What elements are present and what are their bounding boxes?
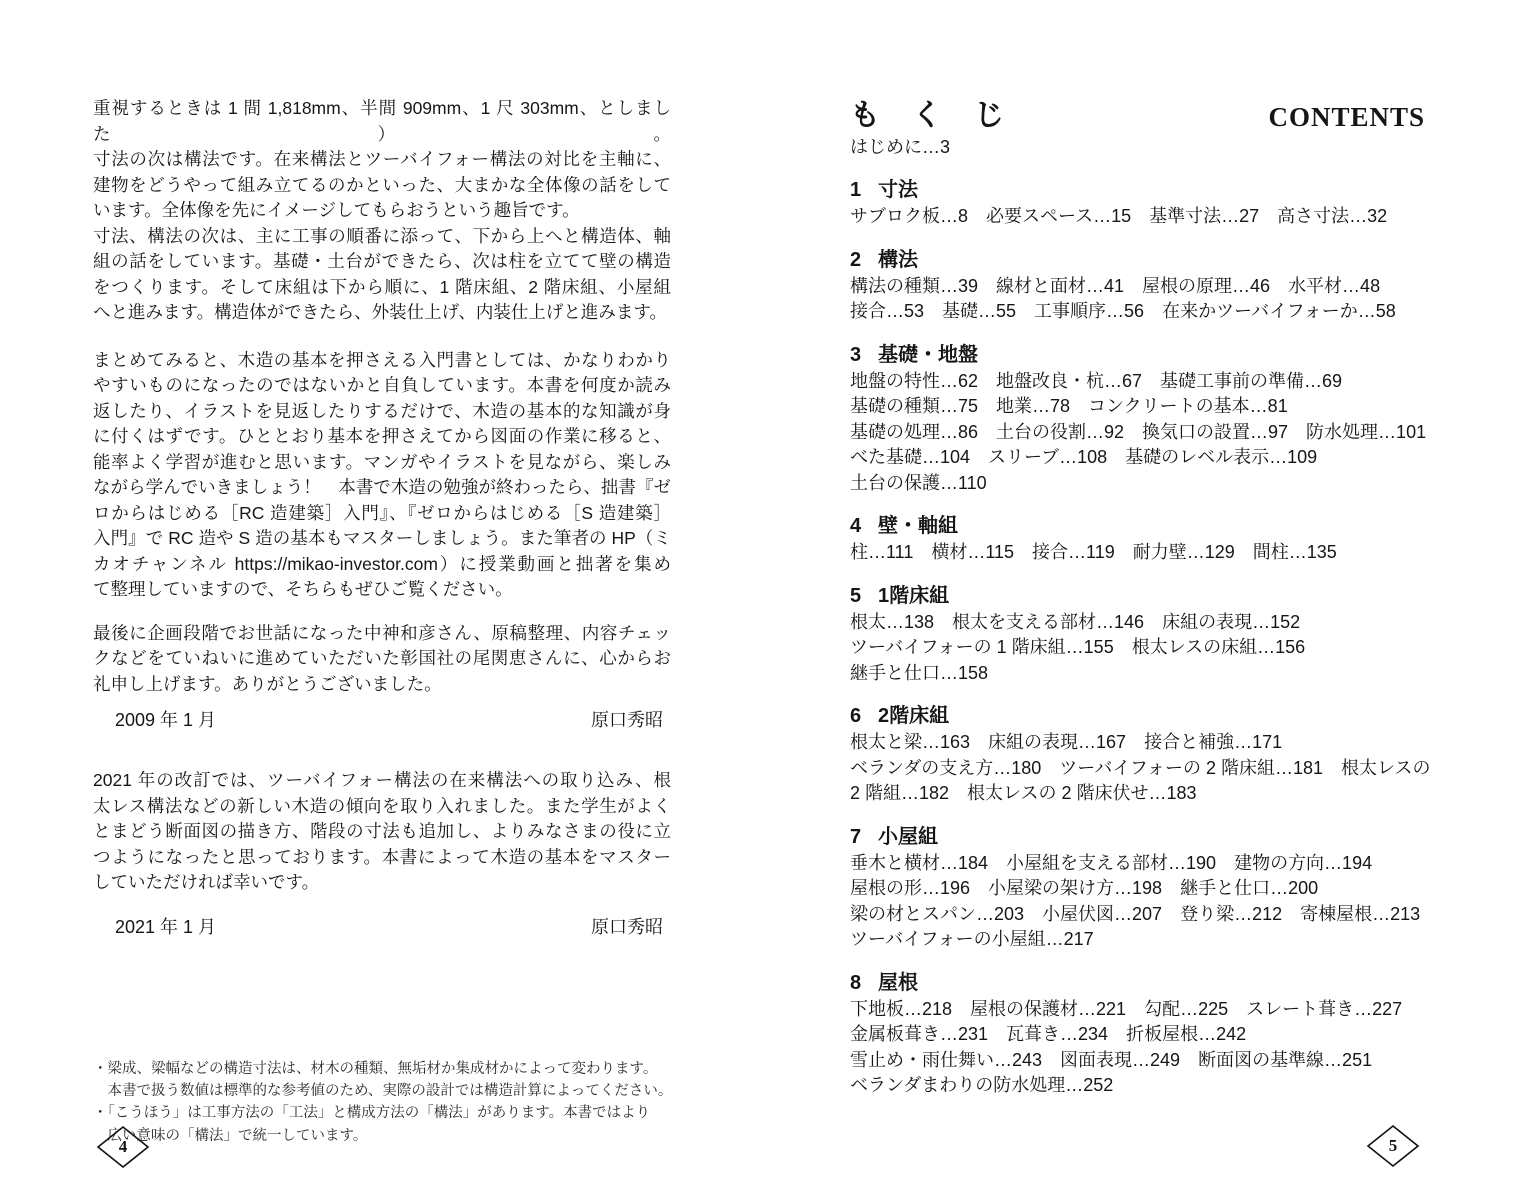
toc-section-heading: 62階床組 xyxy=(850,702,1425,730)
toc-entry-line: 基礎の処理…86 土台の役割…92 換気口の設置…97 防水処理…101 xyxy=(850,420,1425,446)
toc-section: 3基礎・地盤地盤の特性…62 地盤改良・杭…67 基礎工事前の準備…69基礎の種… xyxy=(850,341,1425,497)
signoff-date: 2021 年 1 月 xyxy=(93,914,216,940)
toc-intro-entry: はじめに…3 xyxy=(850,134,1425,160)
toc-entry-line: 構法の種類…39 線材と面材…41 屋根の原理…46 水平材…48 xyxy=(850,274,1425,300)
text-line: 建物をどうやって組み立てるのかといった、大まかな全体像の話をして xyxy=(93,173,671,199)
toc-section-number: 7 xyxy=(850,823,864,851)
toc-header: も く じ CONTENTS xyxy=(850,92,1425,134)
text-line: をつくります。そして床組は下から順に、1 階床組、2 階床組、小屋組 xyxy=(93,275,671,301)
signoff-row: 2021 年 1 月原口秀昭 xyxy=(93,914,671,940)
footnote-item: ・梁成、梁幅などの構造寸法は、材木の種類、無垢材か集成材かによって変わります。 … xyxy=(93,1058,671,1103)
toc-entry-line: 土台の保護…110 xyxy=(850,471,1425,497)
toc-section: 51階床組根太…138 根太を支える部材…146 床組の表現…152ツーバイフォ… xyxy=(850,582,1425,687)
toc-entry-line: ツーバイフォーの 1 階床組…155 根太レスの床組…156 xyxy=(850,635,1425,661)
toc-entry-line: ベランダまわりの防水処理…252 xyxy=(850,1073,1425,1099)
toc-entry-line: ベランダの支え方…180 ツーバイフォーの 2 階床組…181 根太レスの xyxy=(850,756,1425,782)
text-line: 返したり、イラストを見返したりするだけで、木造の基本的な知識が身 xyxy=(93,399,671,425)
toc-section-number: 4 xyxy=(850,512,864,540)
toc-entry-line: 継手と仕口…158 xyxy=(850,661,1425,687)
toc-section-heading: 2構法 xyxy=(850,246,1425,274)
text-line: 寸法の次は構法です。在来構法とツーバイフォー構法の対比を主軸に、 xyxy=(93,147,671,173)
text-line: つようになったと思っております。本書によって木造の基本をマスター xyxy=(93,845,671,871)
signoff-row: 2009 年 1 月原口秀昭 xyxy=(93,707,671,733)
text-line: て整理していますので、そちらもぜひご覧ください。 xyxy=(93,577,671,603)
toc-section-heading: 3基礎・地盤 xyxy=(850,341,1425,369)
toc-entry-line: 接合…53 基礎…55 工事順序…56 在来かツーバイフォーか…58 xyxy=(850,299,1425,325)
paragraph: 寸法、構法の次は、主に工事の順番に添って、下から上へと構造体、軸組の話をしていま… xyxy=(93,224,671,326)
preface-text-block: 重視するときは 1 間 1,818mm、半間 909mm、1 尺 303mm、と… xyxy=(93,96,671,940)
text-line: していただければ幸いです。 xyxy=(93,870,671,896)
text-line: 最後に企画段階でお世話になった中神和彦さん、原稿整理、内容チェッ xyxy=(93,621,671,647)
text-line: ながら学んでいきましょう！ 本書で木造の勉強が終わったら、拙書『ゼ xyxy=(93,475,671,501)
text-line: ロからはじめる［RC 造建築］入門』、『ゼロからはじめる［S 造建築］ xyxy=(93,501,671,527)
toc-section-number: 3 xyxy=(850,341,864,369)
page-number-diamond-right: 5 xyxy=(1366,1124,1420,1168)
toc-section-name: 構法 xyxy=(878,249,918,271)
toc-entry-line: 柱…111 横材…115 接合…119 耐力壁…129 間柱…135 xyxy=(850,540,1425,566)
toc-entry-line: 根太と梁…163 床組の表現…167 接合と補強…171 xyxy=(850,730,1425,756)
text-line: 太レス構法などの新しい木造の傾向を取り入れました。また学生がよく xyxy=(93,794,671,820)
toc-entry-line: ツーバイフォーの小屋組…217 xyxy=(850,927,1425,953)
toc-section: 1寸法サブロク板…8 必要スペース…15 基準寸法…27 高さ寸法…32 xyxy=(850,176,1425,230)
toc-sections-block: 1寸法サブロク板…8 必要スペース…15 基準寸法…27 高さ寸法…322構法構… xyxy=(850,176,1425,1099)
toc-section-number: 8 xyxy=(850,969,864,997)
toc-entry-line: 2 階組…182 根太レスの 2 階床伏せ…183 xyxy=(850,781,1425,807)
toc-section-heading: 51階床組 xyxy=(850,582,1425,610)
toc-entry-line: サブロク板…8 必要スペース…15 基準寸法…27 高さ寸法…32 xyxy=(850,204,1425,230)
text-line: 礼申し上げます。ありがとうございました。 xyxy=(93,672,671,698)
text-line: 能率よく学習が進むと思います。マンガやイラストを見ながら、楽しみ xyxy=(93,450,671,476)
toc-section: 4壁・軸組柱…111 横材…115 接合…119 耐力壁…129 間柱…135 xyxy=(850,512,1425,566)
text-line: 重視するときは 1 間 1,818mm、半間 909mm、1 尺 303mm、と… xyxy=(93,96,671,147)
text-line: 組の話をしています。基礎・土台ができたら、次は柱を立てて壁の構造 xyxy=(93,249,671,275)
footnotes-block: ・梁成、梁幅などの構造寸法は、材木の種類、無垢材か集成材かによって変わります。 … xyxy=(93,1058,671,1148)
toc-entry-line: 垂木と横材…184 小屋組を支える部材…190 建物の方向…194 xyxy=(850,851,1425,877)
text-line: とまどう断面図の描き方、階段の寸法も追加し、よりみなさまの役に立 xyxy=(93,819,671,845)
toc-section: 8屋根下地板…218 屋根の保護材…221 勾配…225 スレート葺き…227金… xyxy=(850,969,1425,1099)
toc-section: 62階床組根太と梁…163 床組の表現…167 接合と補強…171ベランダの支え… xyxy=(850,702,1425,807)
toc-entry-line: 根太…138 根太を支える部材…146 床組の表現…152 xyxy=(850,610,1425,636)
page-number: 5 xyxy=(1366,1124,1420,1168)
toc-section-name: 1階床組 xyxy=(878,585,949,607)
toc-entry-line: べた基礎…104 スリーブ…108 基礎のレベル表示…109 xyxy=(850,445,1425,471)
toc-section-number: 5 xyxy=(850,582,864,610)
toc-section-number: 6 xyxy=(850,702,864,730)
toc-section-heading: 8屋根 xyxy=(850,969,1425,997)
footnote-item: ・「こうほう」は工事方法の「工法」と構成方法の「構法」があります。本書ではより … xyxy=(93,1102,671,1147)
paragraph: まとめてみると、木造の基本を押さえる入門書としては、かなりわかりやすいものになっ… xyxy=(93,348,671,603)
footnote-line: 広い意味の「構法」で統一しています。 xyxy=(93,1125,671,1147)
footnote-line: ・梁成、梁幅などの構造寸法は、材木の種類、無垢材か集成材かによって変わります。 xyxy=(93,1058,671,1080)
toc-entry-line: 梁の材とスパン…203 小屋伏図…207 登り梁…212 寄棟屋根…213 xyxy=(850,902,1425,928)
toc-entry-line: 下地板…218 屋根の保護材…221 勾配…225 スレート葺き…227 xyxy=(850,997,1425,1023)
toc-section-heading: 1寸法 xyxy=(850,176,1425,204)
toc-entry-line: 雪止め・雨仕舞い…243 図面表現…249 断面図の基準線…251 xyxy=(850,1048,1425,1074)
toc-section-number: 2 xyxy=(850,246,864,274)
toc-section-name: 屋根 xyxy=(878,972,918,994)
toc-entry-line: 屋根の形…196 小屋梁の架け方…198 継手と仕口…200 xyxy=(850,876,1425,902)
toc-entry-line: 金属板葺き…231 瓦葺き…234 折板屋根…242 xyxy=(850,1022,1425,1048)
toc-section-name: 壁・軸組 xyxy=(878,515,958,537)
right-page: も く じ CONTENTS はじめに…3 1寸法サブロク板…8 必要スペース…… xyxy=(850,92,1425,1099)
signoff-author: 原口秀昭 xyxy=(591,914,671,940)
toc-entry-line: 地盤の特性…62 地盤改良・杭…67 基礎工事前の準備…69 xyxy=(850,369,1425,395)
text-line: クなどをていねいに進めていただいた彰国社の尾関恵さんに、心からお xyxy=(93,646,671,672)
text-line: まとめてみると、木造の基本を押さえる入門書としては、かなりわかり xyxy=(93,348,671,374)
signoff-author: 原口秀昭 xyxy=(591,707,671,733)
page-number: 4 xyxy=(96,1125,150,1169)
text-line: へと進みます。構造体ができたら、外装仕上げ、内装仕上げと進みます。 xyxy=(93,300,671,326)
text-line: カオチャンネル https://mikao-investor.com）に授業動画… xyxy=(93,552,671,578)
text-line: います。全体像を先にイメージしてもらおうという趣旨です。 xyxy=(93,198,671,224)
signoff-date: 2009 年 1 月 xyxy=(93,707,216,733)
footnote-line: ・「こうほう」は工事方法の「工法」と構成方法の「構法」があります。本書ではより xyxy=(93,1102,671,1124)
footnote-line: 本書で扱う数値は標準的な参考値のため、実際の設計では構造計算によってください。 xyxy=(93,1080,671,1102)
text-line: に付くはずです。ひととおり基本を押さえてから図面の作業に移ると、 xyxy=(93,424,671,450)
toc-section: 2構法構法の種類…39 線材と面材…41 屋根の原理…46 水平材…48接合…5… xyxy=(850,246,1425,325)
text-line: 2021 年の改訂では、ツーバイフォー構法の在来構法への取り込み、根 xyxy=(93,768,671,794)
page-number-diamond-left: 4 xyxy=(96,1125,150,1169)
left-page: 重視するときは 1 間 1,818mm、半間 909mm、1 尺 303mm、と… xyxy=(93,96,671,1147)
toc-title-japanese: も く じ xyxy=(850,98,1005,134)
toc-section-name: 基礎・地盤 xyxy=(878,344,978,366)
toc-entry-line: 基礎の種類…75 地業…78 コンクリートの基本…81 xyxy=(850,394,1425,420)
paragraph: 最後に企画段階でお世話になった中神和彦さん、原稿整理、内容チェックなどをていねい… xyxy=(93,621,671,698)
text-line: 入門』で RC 造や S 造の基本もマスターしましょう。また筆者の HP（ミ xyxy=(93,526,671,552)
paragraph: 重視するときは 1 間 1,818mm、半間 909mm、1 尺 303mm、と… xyxy=(93,96,671,224)
text-line: 寸法、構法の次は、主に工事の順番に添って、下から上へと構造体、軸 xyxy=(93,224,671,250)
paragraph: 2021 年の改訂では、ツーバイフォー構法の在来構法への取り込み、根太レス構法な… xyxy=(93,768,671,896)
text-line: やすいものになったのではないかと自負しています。本書を何度か読み xyxy=(93,373,671,399)
toc-section-name: 小屋組 xyxy=(878,826,938,848)
toc-section-name: 寸法 xyxy=(878,179,918,201)
toc-title-english: CONTENTS xyxy=(1268,100,1425,134)
toc-section-number: 1 xyxy=(850,176,864,204)
toc-section-heading: 4壁・軸組 xyxy=(850,512,1425,540)
toc-section-name: 2階床組 xyxy=(878,705,949,727)
toc-section: 7小屋組垂木と横材…184 小屋組を支える部材…190 建物の方向…194屋根の… xyxy=(850,823,1425,953)
toc-section-heading: 7小屋組 xyxy=(850,823,1425,851)
